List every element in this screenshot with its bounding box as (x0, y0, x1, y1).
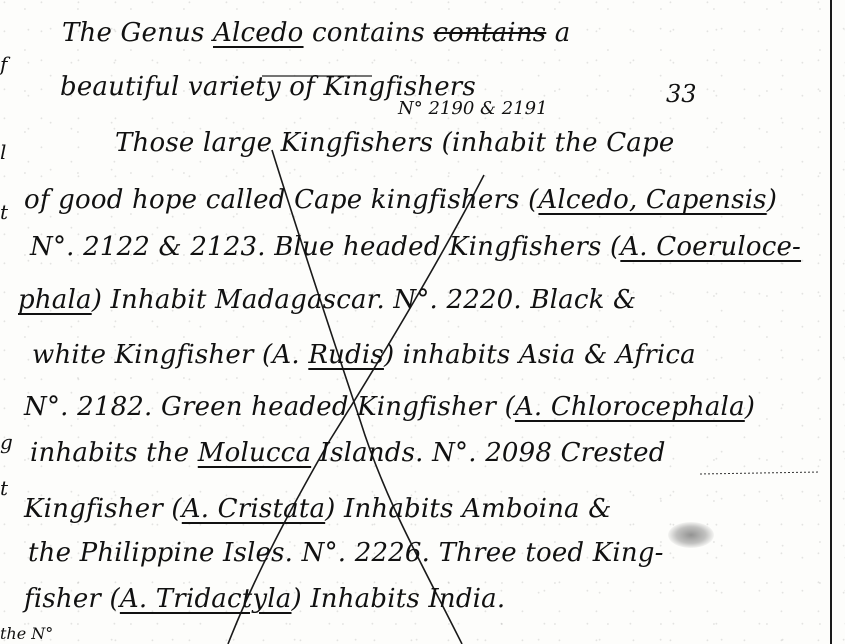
manuscript-line-2: beautiful variety of Kingfishers (60, 72, 476, 102)
text-segment: of good hope called Cape kingfishers ( (24, 185, 538, 215)
text-segment: the Philippine Isles. N°. 2226. Three to… (28, 538, 664, 568)
struck-word: contains (433, 18, 546, 48)
manuscript-page: 33 N° 2190 & 2191 The Genus Alcedo conta… (0, 0, 845, 644)
manuscript-line-3: Those large Kingfishers (inhabit the Cap… (115, 128, 674, 158)
species-name: A. Tridactyla (120, 584, 292, 614)
species-name: Rudis (308, 340, 384, 370)
ink-smudge (668, 522, 714, 548)
text-segment: ) (745, 392, 755, 422)
text-segment: a (546, 18, 570, 48)
text-segment: N°. 2182. Green headed Kingfisher ( (24, 392, 515, 422)
manuscript-line-12: fisher (A. Tridactyla) Inhabits India. (24, 584, 505, 614)
margin-fragment: l (0, 140, 6, 164)
species-name: A. Coeruloce- (620, 232, 801, 262)
text-segment: inhabits the (30, 438, 198, 468)
margin-fragment: g (0, 430, 13, 454)
text-segment: contains (304, 18, 434, 48)
text-segment: white Kingfisher (A. (32, 340, 308, 370)
manuscript-line-6: phala) Inhabit Madagascar. N°. 2220. Bla… (18, 285, 636, 315)
genus-name: Alcedo (213, 18, 304, 48)
page-edge-rule (830, 0, 832, 644)
text-segment: Islands. N°. 2098 Crested (311, 438, 665, 468)
species-name: Alcedo, Capensis (538, 185, 766, 215)
manuscript-line-1: The Genus Alcedo contains contains a (62, 18, 570, 48)
manuscript-line-4: of good hope called Cape kingfishers (Al… (24, 185, 777, 215)
manuscript-line-11: the Philippine Isles. N°. 2226. Three to… (28, 538, 664, 568)
text-segment: ) (767, 185, 777, 215)
species-name: A. Chlorocephala (515, 392, 745, 422)
margin-fragment: the N° (0, 624, 53, 643)
manuscript-line-7: white Kingfisher (A. Rudis) inhabits Asi… (32, 340, 696, 370)
page-number: 33 (666, 80, 697, 108)
text-segment: N°. 2122 & 2123. Blue headed Kingfishers… (30, 232, 620, 262)
margin-fragment: f (0, 52, 7, 76)
text-segment: beautiful variety of Kingfishers (60, 72, 476, 102)
margin-fragment: t (0, 200, 8, 224)
text-segment: ) Inhabits India. (292, 584, 506, 614)
manuscript-line-10: Kingfisher (A. Cristata) Inhabits Amboin… (24, 494, 612, 524)
place-name: Molucca (198, 438, 311, 468)
text-segment: ) inhabits Asia & Africa (384, 340, 696, 370)
manuscript-line-9: inhabits the Molucca Islands. N°. 2098 C… (30, 438, 666, 468)
text-segment: Kingfisher ( (24, 494, 182, 524)
species-name: phala (18, 285, 92, 315)
text-segment: ) Inhabit Madagascar. N°. 2220. Black & (92, 285, 637, 315)
species-name: A. Cristata (182, 494, 325, 524)
text-segment: The Genus (62, 18, 213, 48)
text-segment: Those large Kingfishers (inhabit the Cap… (115, 128, 674, 158)
text-segment: ) Inhabits Amboina & (325, 494, 611, 524)
manuscript-line-5: N°. 2122 & 2123. Blue headed Kingfishers… (30, 232, 801, 262)
manuscript-line-8: N°. 2182. Green headed Kingfisher (A. Ch… (24, 392, 755, 422)
margin-fragment: t (0, 476, 8, 500)
text-segment: fisher ( (24, 584, 120, 614)
